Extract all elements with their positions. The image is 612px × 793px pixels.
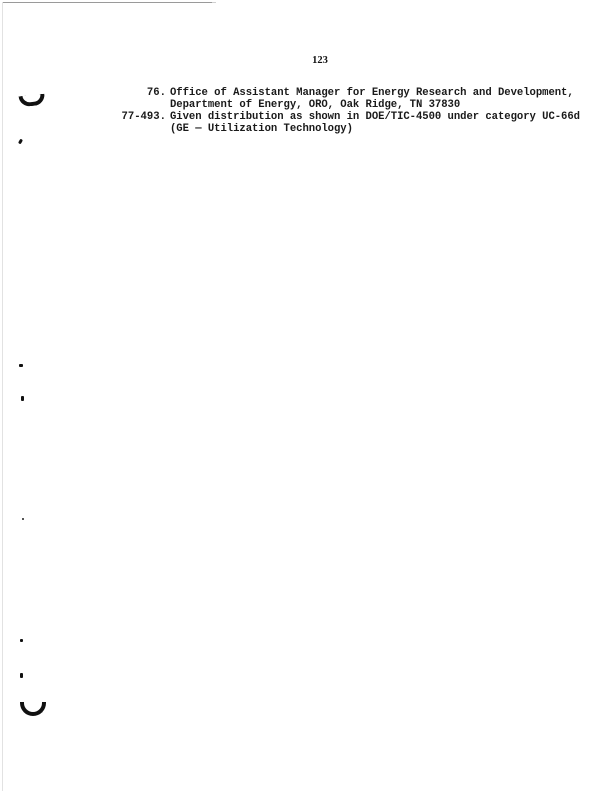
distribution-entry: 77-493. Given distribution as shown in D…: [0, 111, 612, 135]
scan-speck-mark: [18, 139, 23, 145]
entry-line: (GE — Utilization Technology): [170, 123, 612, 135]
page-number: 123: [300, 55, 340, 66]
scan-speck-mark: [19, 364, 23, 367]
scan-speck-mark: [20, 639, 23, 642]
scan-top-edge-line-faint: [212, 2, 216, 3]
entry-number: 76.: [147, 87, 166, 99]
entry-line: Given distribution as shown in DOE/TIC-4…: [170, 111, 612, 123]
distribution-entry: 76. Office of Assistant Manager for Ener…: [0, 87, 612, 111]
scan-speck-mark: [21, 396, 24, 401]
entry-line: Office of Assistant Manager for Energy R…: [170, 87, 612, 99]
scan-speck-mark: [22, 518, 24, 520]
entry-line: Department of Energy, ORO, Oak Ridge, TN…: [170, 99, 612, 111]
scan-top-edge-line: [2, 2, 212, 3]
scan-speck-mark: [20, 673, 23, 678]
binder-clip-mark-bottom: [20, 702, 46, 716]
distribution-list: 76. Office of Assistant Manager for Ener…: [0, 87, 612, 135]
entry-number: 77-493.: [121, 111, 166, 123]
